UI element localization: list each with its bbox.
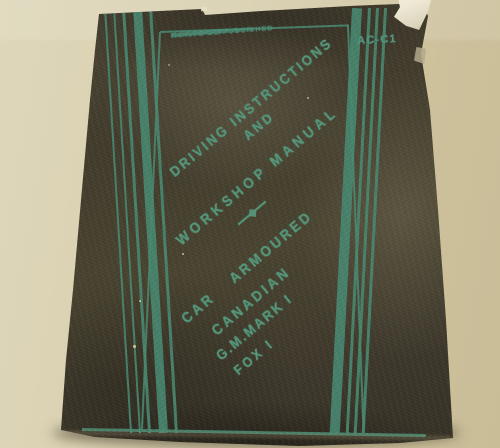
speck — [133, 345, 136, 348]
speck — [182, 253, 184, 255]
edge-nick — [201, 7, 207, 12]
speck — [168, 64, 170, 66]
ornament-line — [238, 201, 267, 225]
worn-edge — [50, 225, 73, 435]
catalogue-code: AC-C1 — [357, 33, 397, 47]
title-line-driving-instructions: DRIVING INSTRUCTIONS — [166, 34, 335, 180]
book-cover: NOT TO BE PUBLISHED The information give… — [0, 0, 500, 448]
photo-of-book-cover: NOT TO BE PUBLISHED The information give… — [0, 0, 500, 448]
speck — [307, 97, 309, 99]
speck — [139, 300, 141, 302]
